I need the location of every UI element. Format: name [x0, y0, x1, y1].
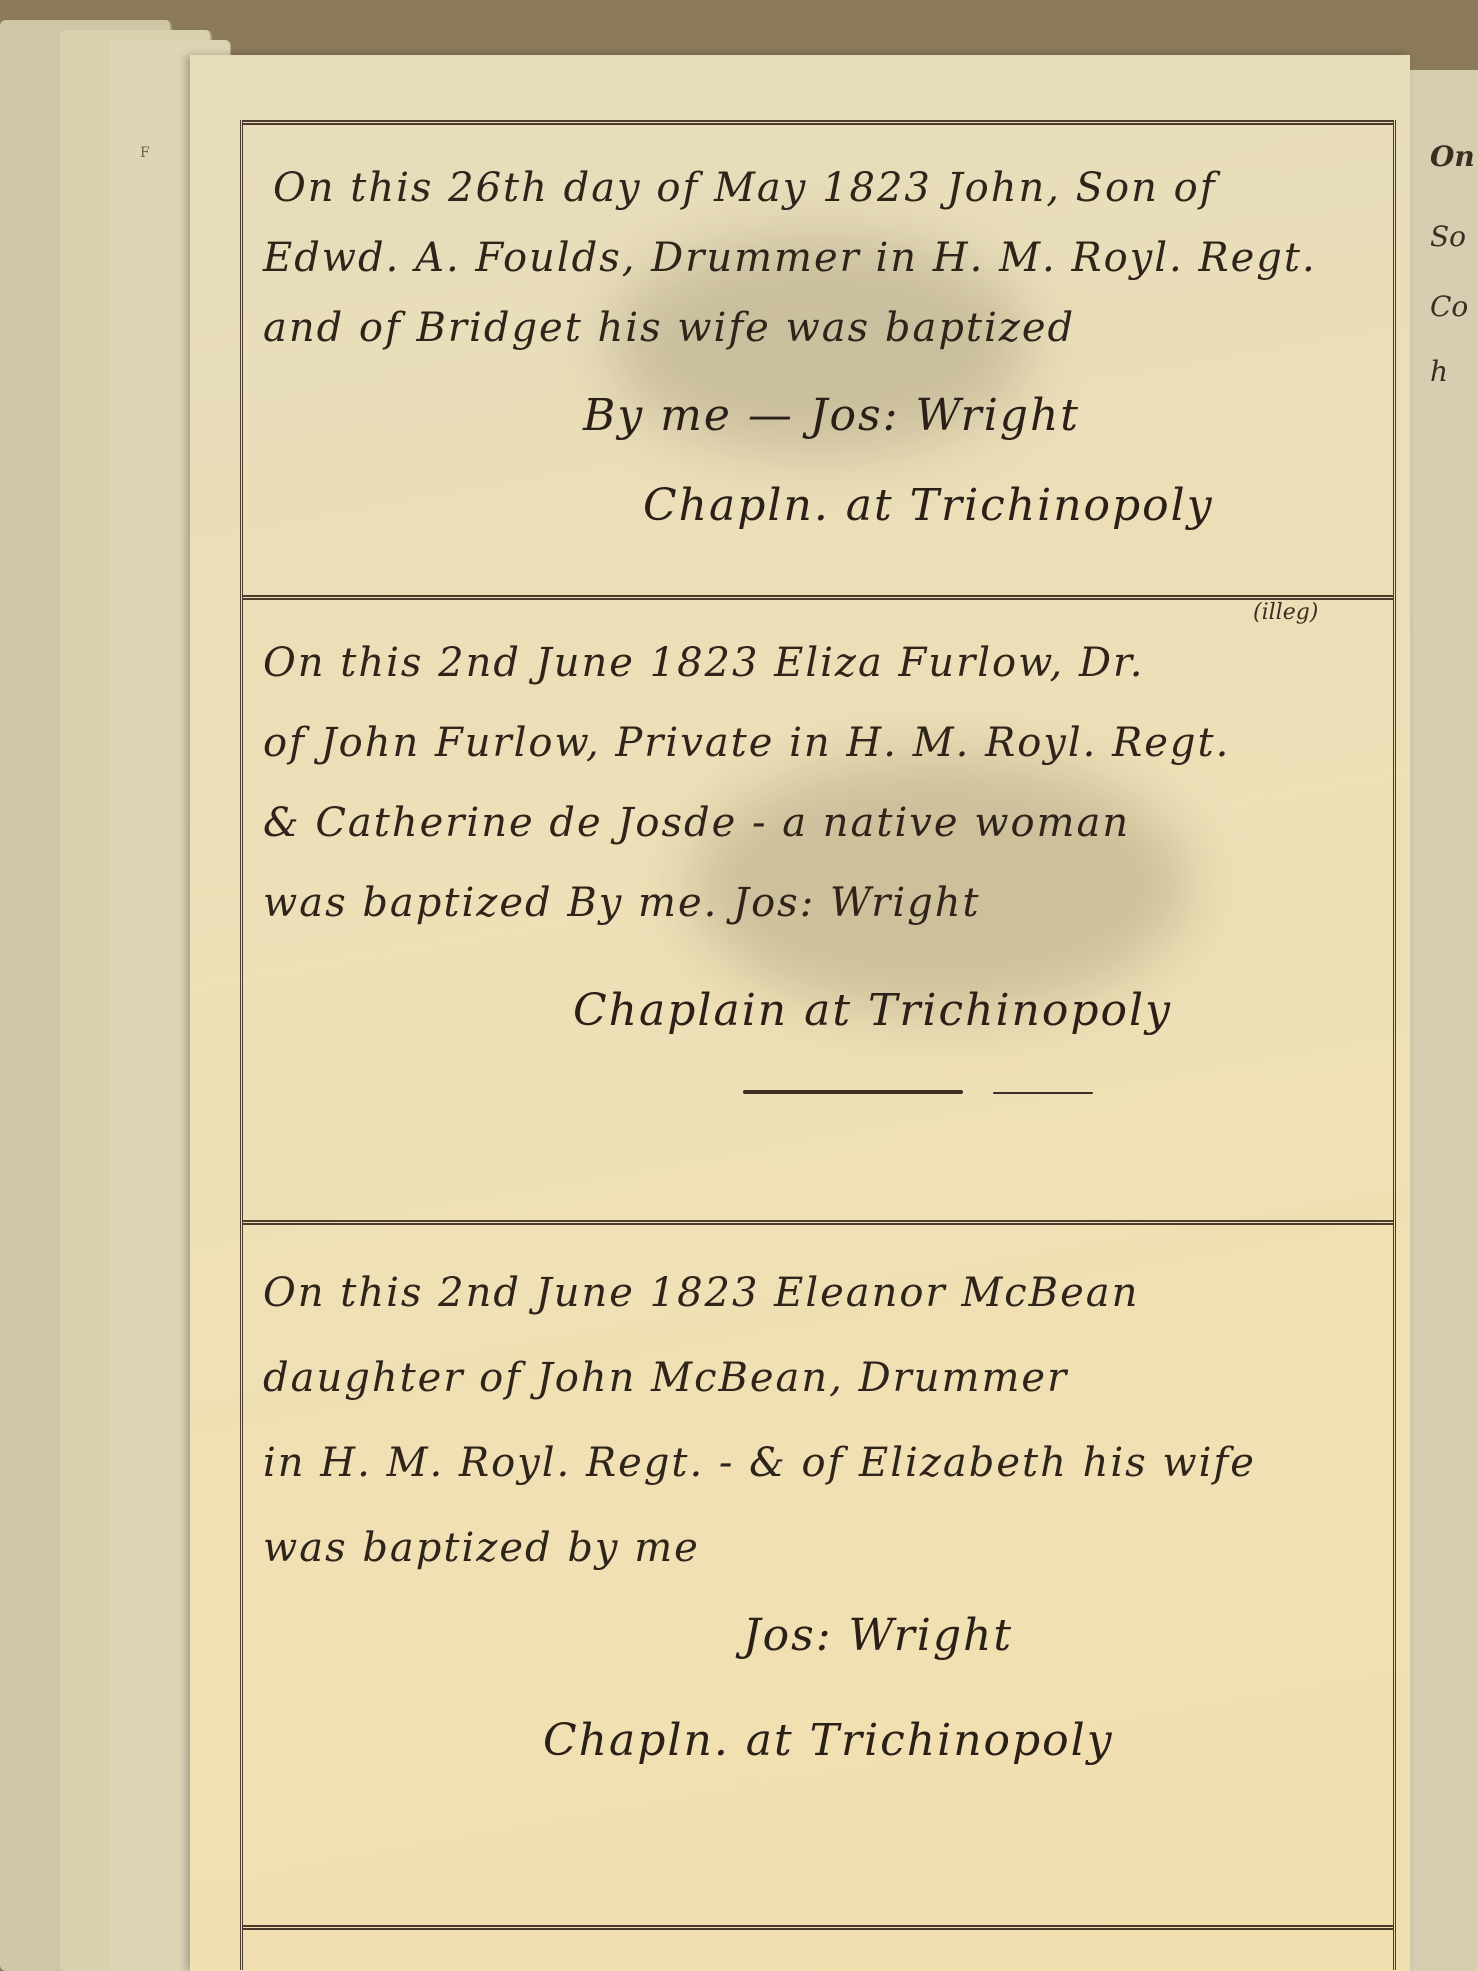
entry-text-line: & Catherine de Josde - a native woman [263, 800, 1383, 846]
signature-title: Chaplain at Trichinopoly [573, 985, 1172, 1036]
entry-text-line: Edwd. A. Foulds, Drummer in H. M. Royl. … [263, 235, 1383, 281]
entry-text-line: was baptized by me [263, 1525, 1383, 1571]
entry-text-line: was baptized By me. Jos: Wright [263, 880, 1383, 926]
entry-text-line: On this 2nd June 1823 Eliza Furlow, Dr. [263, 640, 1383, 686]
facing-page-fragment: So [1430, 220, 1466, 253]
facing-page-fragment: Co [1430, 290, 1468, 323]
baptism-entry: On this 2nd June 1823 Eleanor McBean dau… [243, 1220, 1393, 1930]
entry-text-line: On this 26th day of May 1823 John, Son o… [273, 165, 1383, 211]
entry-text-line: and of Bridget his wife was baptized [263, 305, 1383, 351]
baptism-entry: On this 26th day of May 1823 John, Son o… [243, 120, 1393, 600]
baptism-entry: (illeg) On this 2nd June 1823 Eliza Furl… [243, 595, 1393, 1225]
closing-flourish [993, 1092, 1093, 1094]
closing-flourish [743, 1090, 963, 1094]
signature-title: Chapln. at Trichinopoly [543, 1715, 1114, 1766]
entry-text-line: in H. M. Royl. Regt. - & of Elizabeth hi… [263, 1440, 1383, 1486]
interlinear-insertion: (illeg) [1253, 600, 1318, 625]
facing-page-fragment: h [1430, 355, 1448, 388]
register-frame: On this 26th day of May 1823 John, Son o… [240, 120, 1396, 1970]
entry-text-line: On this 2nd June 1823 Eleanor McBean [263, 1270, 1383, 1316]
entry-text-line: of John Furlow, Private in H. M. Royl. R… [263, 720, 1383, 766]
facing-page-edge: On So Co h [1406, 70, 1478, 1971]
signature: By me — Jos: Wright [583, 390, 1080, 441]
register-page: F On this 26th day of May 1823 John, Son… [190, 55, 1410, 1971]
facing-page-fragment: On [1430, 140, 1475, 173]
entry-text-line: daughter of John McBean, Drummer [263, 1355, 1383, 1401]
margin-mark: F [140, 145, 150, 161]
signature: Jos: Wright [743, 1610, 1013, 1661]
signature-title: Chapln. at Trichinopoly [643, 480, 1214, 531]
